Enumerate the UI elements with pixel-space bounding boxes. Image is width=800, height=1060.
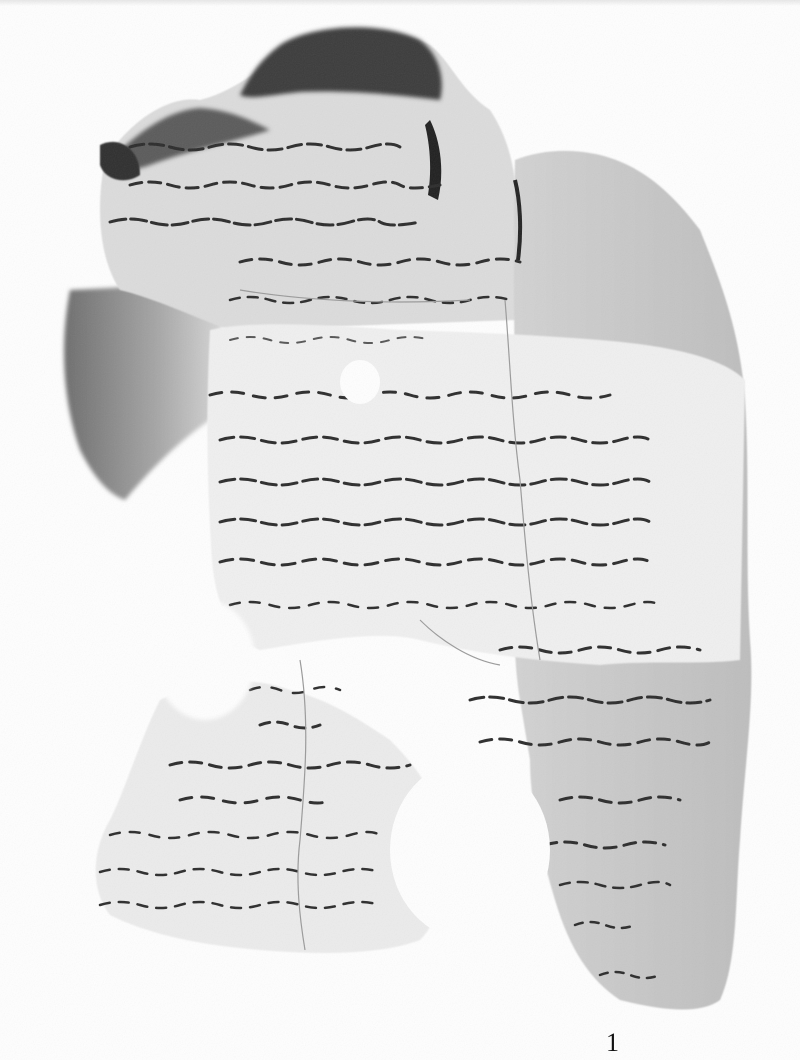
manuscript-photograph — [0, 0, 800, 1060]
plate-number-label: 1 — [606, 1030, 619, 1056]
